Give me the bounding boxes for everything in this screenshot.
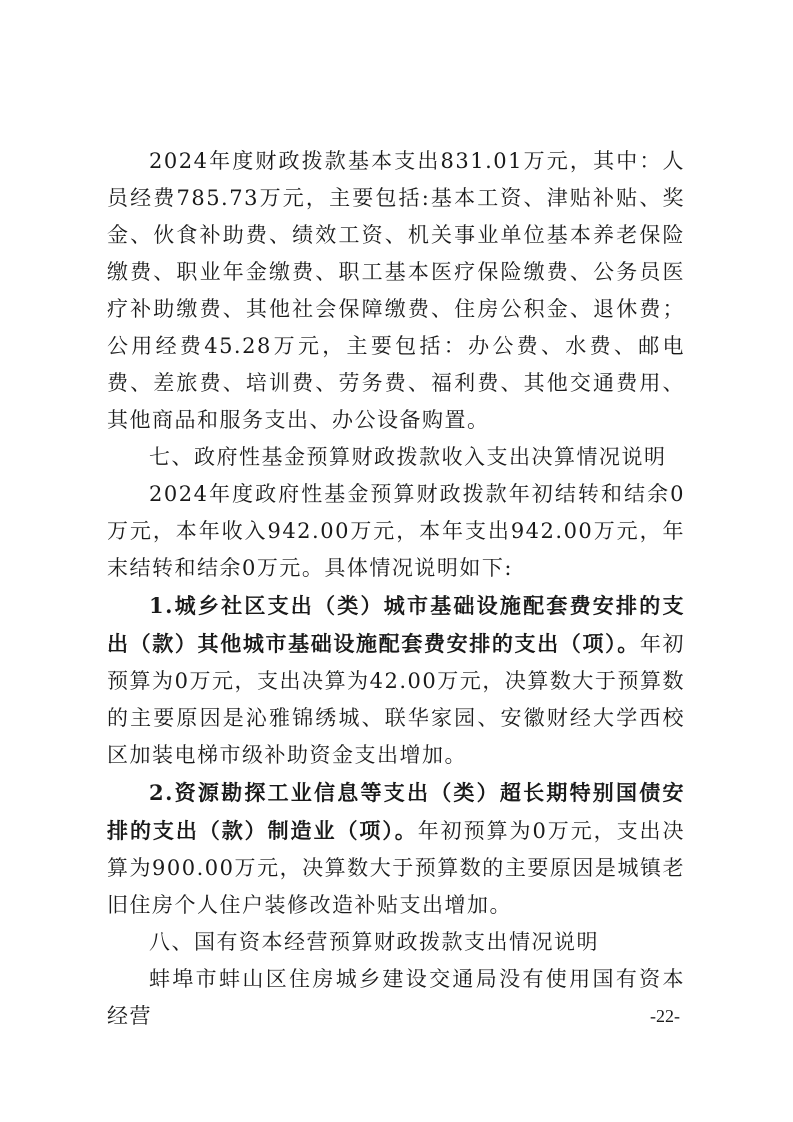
list-item-1: 1.城乡社区支出（类）城市基础设施配套费安排的支出（款）其他城市基础设施配套费安… <box>107 587 685 774</box>
paragraph-state-capital: 蚌埠市蚌山区住房城乡建设交通局没有使用国有资本经营 <box>107 961 685 1035</box>
paragraph-basic-expenditure: 2024年度财政拨款基本支出831.01万元，其中：人员经费785.73万元，主… <box>107 143 685 439</box>
document-page: 2024年度财政拨款基本支出831.01万元，其中：人员经费785.73万元，主… <box>107 143 685 1035</box>
paragraph-fund-summary: 2024年度政府性基金预算财政拨款年初结转和结余0万元，本年收入942.00万元… <box>107 476 685 587</box>
list-item-1-title: 1.城乡社区支出（类）城市基础设施配套费安排的支出（款）其他城市基础设施配套费安… <box>107 593 685 656</box>
list-item-2: 2.资源勘探工业信息等支出（类）超长期特别国债安排的支出（款）制造业（项）。年初… <box>107 774 685 924</box>
section-heading-8: 八、国有资本经营预算财政拨款支出情况说明 <box>107 924 685 961</box>
section-heading-7: 七、政府性基金预算财政拨款收入支出决算情况说明 <box>107 439 685 476</box>
page-number: -22- <box>650 1006 680 1027</box>
